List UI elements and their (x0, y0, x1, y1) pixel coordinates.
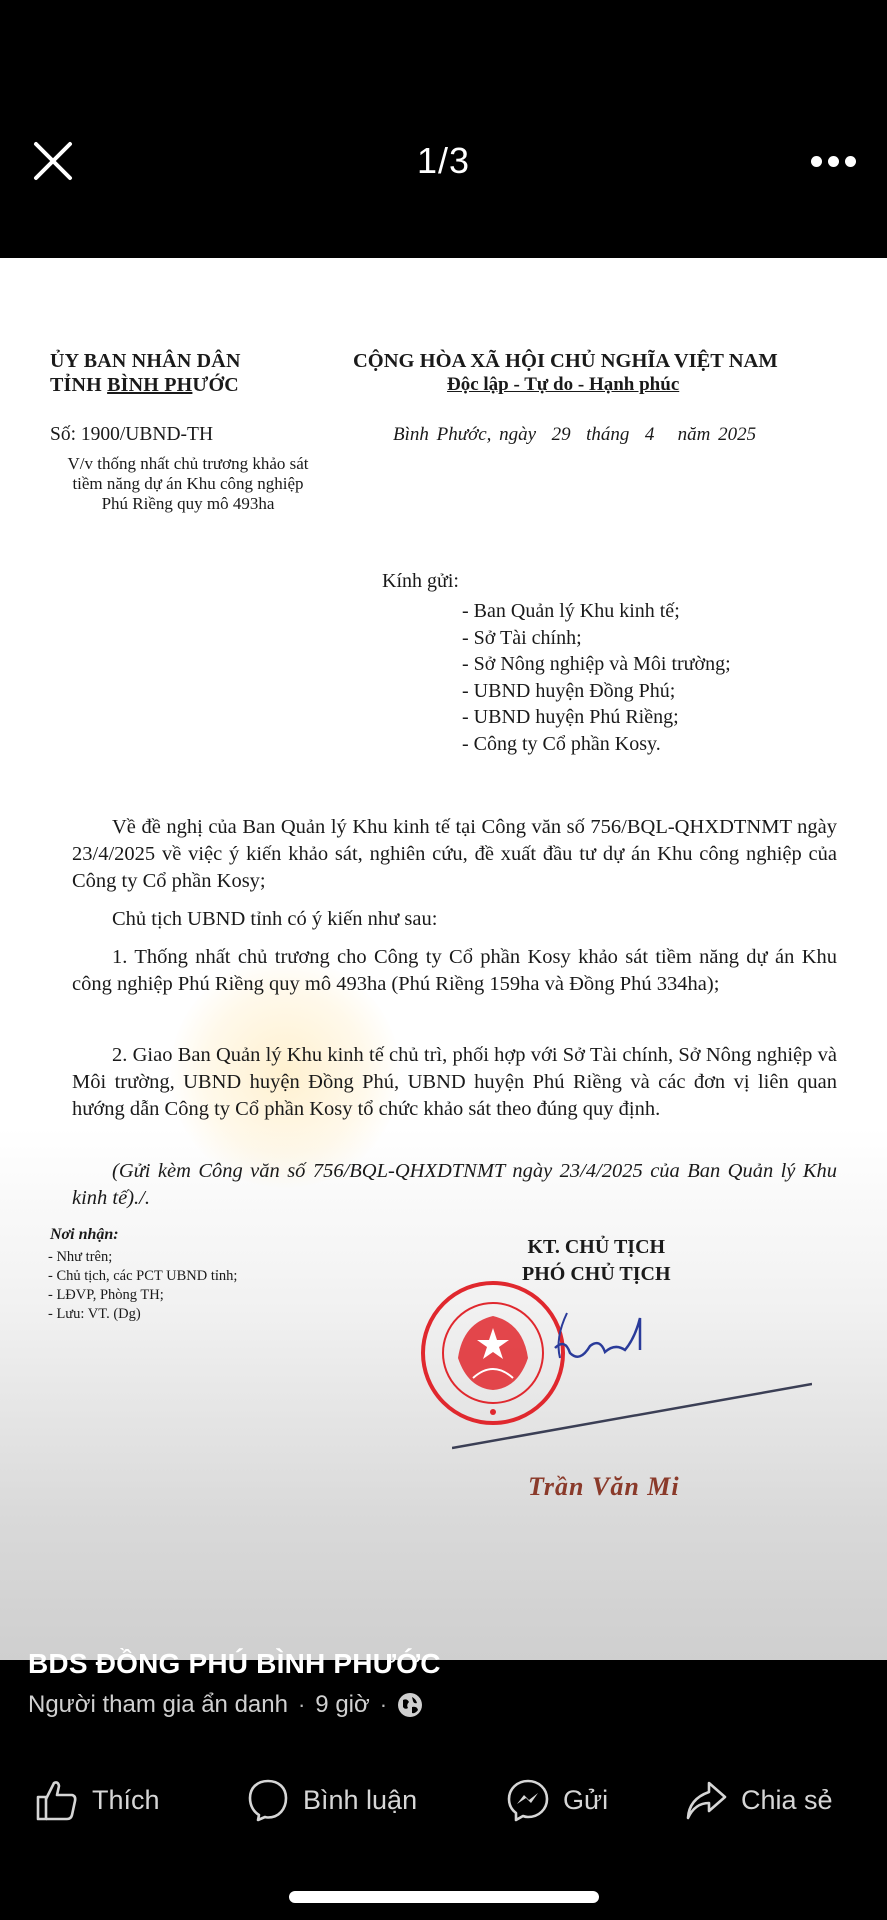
recipient-item: - Công ty Cổ phần Kosy. (462, 731, 731, 758)
issuing-org-line2: TỈNH BÌNH PHƯỚC (50, 374, 239, 397)
sign-title-line: KT. CHỦ TỊCH (522, 1234, 671, 1261)
send-button[interactable]: Gửi (505, 1770, 608, 1830)
share-arrow-icon (683, 1777, 729, 1823)
separator: · (380, 1692, 387, 1718)
cc-title: Nơi nhận: (50, 1226, 119, 1244)
group-name-link[interactable]: BDS ĐỒNG PHÚ BÌNH PHƯỚC (28, 1648, 441, 1680)
recipient-item: - UBND huyện Phú Riềng; (462, 704, 731, 731)
org-underlined: BÌNH PH (107, 374, 192, 396)
more-options-button[interactable] (811, 148, 859, 174)
issuing-org-line1: ỦY BAN NHÂN DÂN (50, 350, 241, 373)
share-label: Chia sẻ (741, 1785, 833, 1816)
handwritten-signature (545, 1308, 665, 1368)
messenger-icon (505, 1777, 551, 1823)
viewer-top-bar: 1/3 (0, 0, 887, 258)
post-time[interactable]: 9 giờ (315, 1691, 369, 1719)
post-actions-bar: Thích Bình luận Gửi Chia sẻ (0, 1770, 887, 1830)
post-meta: Người tham gia ẩn danh · 9 giờ · (28, 1691, 423, 1719)
document-photo[interactable]: ỦY BAN NHÂN DÂN TỈNH BÌNH PHƯỚC CỘNG HÒA… (0, 258, 887, 1660)
like-button[interactable]: Thích (34, 1770, 160, 1830)
body-paragraph: Về đề nghị của Ban Quản lý Khu kinh tế t… (72, 814, 837, 895)
org-prefix: TỈNH (50, 374, 107, 396)
globe-icon (397, 1692, 423, 1718)
cc-item: - Chủ tịch, các PCT UBND tỉnh; (48, 1267, 237, 1286)
cc-list: - Như trên; - Chủ tịch, các PCT UBND tỉn… (48, 1248, 237, 1324)
more-horizontal-icon (811, 156, 822, 167)
more-dot (845, 156, 856, 167)
cc-item: - Lưu: VT. (Dg) (48, 1305, 237, 1324)
share-button[interactable]: Chia sẻ (683, 1770, 833, 1830)
subject-line: tiềm năng dự án Khu công nghiệp (38, 474, 338, 494)
comment-button[interactable]: Bình luận (245, 1770, 417, 1830)
comment-bubble-icon (245, 1777, 291, 1823)
document-number: Số: 1900/UBND-TH (50, 424, 213, 446)
thumbs-up-icon (34, 1777, 80, 1823)
cc-item: - Như trên; (48, 1248, 237, 1267)
more-dot (828, 156, 839, 167)
signer-name: Trần Văn Mi (528, 1472, 680, 1502)
body-paragraph: Chủ tịch UBND tỉnh có ý kiến như sau: (72, 906, 837, 933)
date-line: Bình Phước, ngày 29 tháng 4 năm 2025 (393, 424, 756, 446)
body-paragraph: 1. Thống nhất chủ trương cho Công ty Cổ … (72, 944, 837, 998)
recipient-item: - UBND huyện Đồng Phú; (462, 678, 731, 705)
recipient-item: - Ban Quản lý Khu kinh tế; (462, 598, 731, 625)
body-paragraph: 2. Giao Ban Quản lý Khu kinh tế chủ trì,… (72, 1042, 837, 1123)
like-label: Thích (92, 1785, 160, 1816)
national-title: CỘNG HÒA XÃ HỘI CHỦ NGHĨA VIỆT NAM (353, 350, 778, 373)
org-suffix: ƯỚC (192, 374, 239, 396)
document-subject: V/v thống nhất chủ trương khảo sát tiềm … (38, 454, 338, 514)
recipient-list: - Ban Quản lý Khu kinh tế; - Sở Tài chín… (462, 598, 731, 757)
subject-line: Phú Riềng quy mô 493ha (38, 494, 338, 514)
recipient-item: - Sở Nông nghiệp và Môi trường; (462, 651, 731, 678)
send-label: Gửi (563, 1785, 608, 1816)
subject-line: V/v thống nhất chủ trương khảo sát (38, 454, 338, 474)
national-motto: Độc lập - Tự do - Hạnh phúc (447, 374, 679, 396)
greeting: Kính gửi: (382, 570, 459, 593)
photo-counter: 1/3 (0, 140, 887, 182)
home-indicator[interactable] (289, 1891, 599, 1903)
recipient-item: - Sở Tài chính; (462, 625, 731, 652)
separator: · (298, 1692, 305, 1718)
cc-item: - LĐVP, Phòng TH; (48, 1286, 237, 1305)
comment-label: Bình luận (303, 1785, 417, 1816)
author-name[interactable]: Người tham gia ẩn danh (28, 1691, 288, 1719)
attachment-note: (Gửi kèm Công văn số 756/BQL-QHXDTNMT ng… (72, 1158, 837, 1212)
